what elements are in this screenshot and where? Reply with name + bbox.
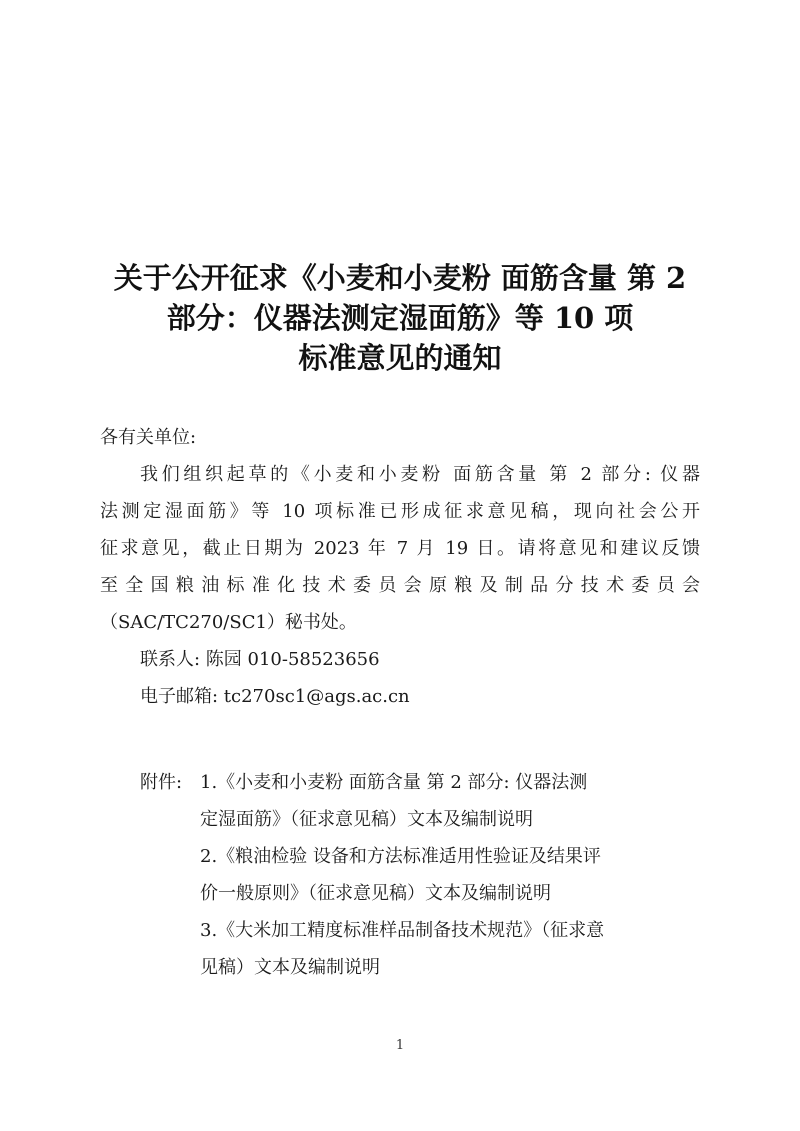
contact-person: 联系人: 陈园 010-58523656 <box>140 647 380 673</box>
body-line-2: 法测定湿面筋》等 10 项标准已形成征求意见稿，现向社会公开 <box>100 499 700 525</box>
attachment-1-line-2: 定湿面筋》（征求意见稿）文本及编制说明 <box>200 807 533 833</box>
page-number: 1 <box>392 1038 408 1053</box>
attachment-1-line-1: 1.《小麦和小麦粉 面筋含量 第 2 部分: 仪器法测 <box>200 770 700 796</box>
body-line-3: 征求意见，截止日期为 2023 年 7 月 19 日。请将意见和建议反馈 <box>100 536 700 562</box>
attachment-3-line-2: 见稿）文本及编制说明 <box>200 955 380 981</box>
body-line-4: 至全国粮油标准化技术委员会原粮及制品分技术委员会 <box>100 573 700 599</box>
title-line-1: 关于公开征求《小麦和小麦粉 面筋含量 第 2 <box>60 258 740 298</box>
salutation: 各有关单位: <box>100 425 196 451</box>
attachment-3-line-1: 3.《大米加工精度标准样品制备技术规范》（征求意 <box>200 918 700 944</box>
body-line-1: 我们组织起草的《小麦和小麦粉 面筋含量 第 2 部分: 仪器 <box>140 462 700 488</box>
document-page: 关于公开征求《小麦和小麦粉 面筋含量 第 2 部分：仪器法测定湿面筋》等 10 … <box>0 0 800 1131</box>
attachments-label: 附件: <box>140 770 182 796</box>
document-title: 关于公开征求《小麦和小麦粉 面筋含量 第 2 部分：仪器法测定湿面筋》等 10 … <box>60 258 740 378</box>
contact-email: 电子邮箱: tc270sc1@ags.ac.cn <box>140 684 410 710</box>
title-line-3: 标准意见的通知 <box>60 338 740 378</box>
attachment-2-line-1: 2.《粮油检验 设备和方法标准适用性验证及结果评 <box>200 844 700 870</box>
attachment-2-line-2: 价一般原则》（征求意见稿）文本及编制说明 <box>200 881 551 907</box>
body-line-5: （SAC/TC270/SC1）秘书处。 <box>100 610 357 636</box>
title-line-2: 部分：仪器法测定湿面筋》等 10 项 <box>60 298 740 338</box>
